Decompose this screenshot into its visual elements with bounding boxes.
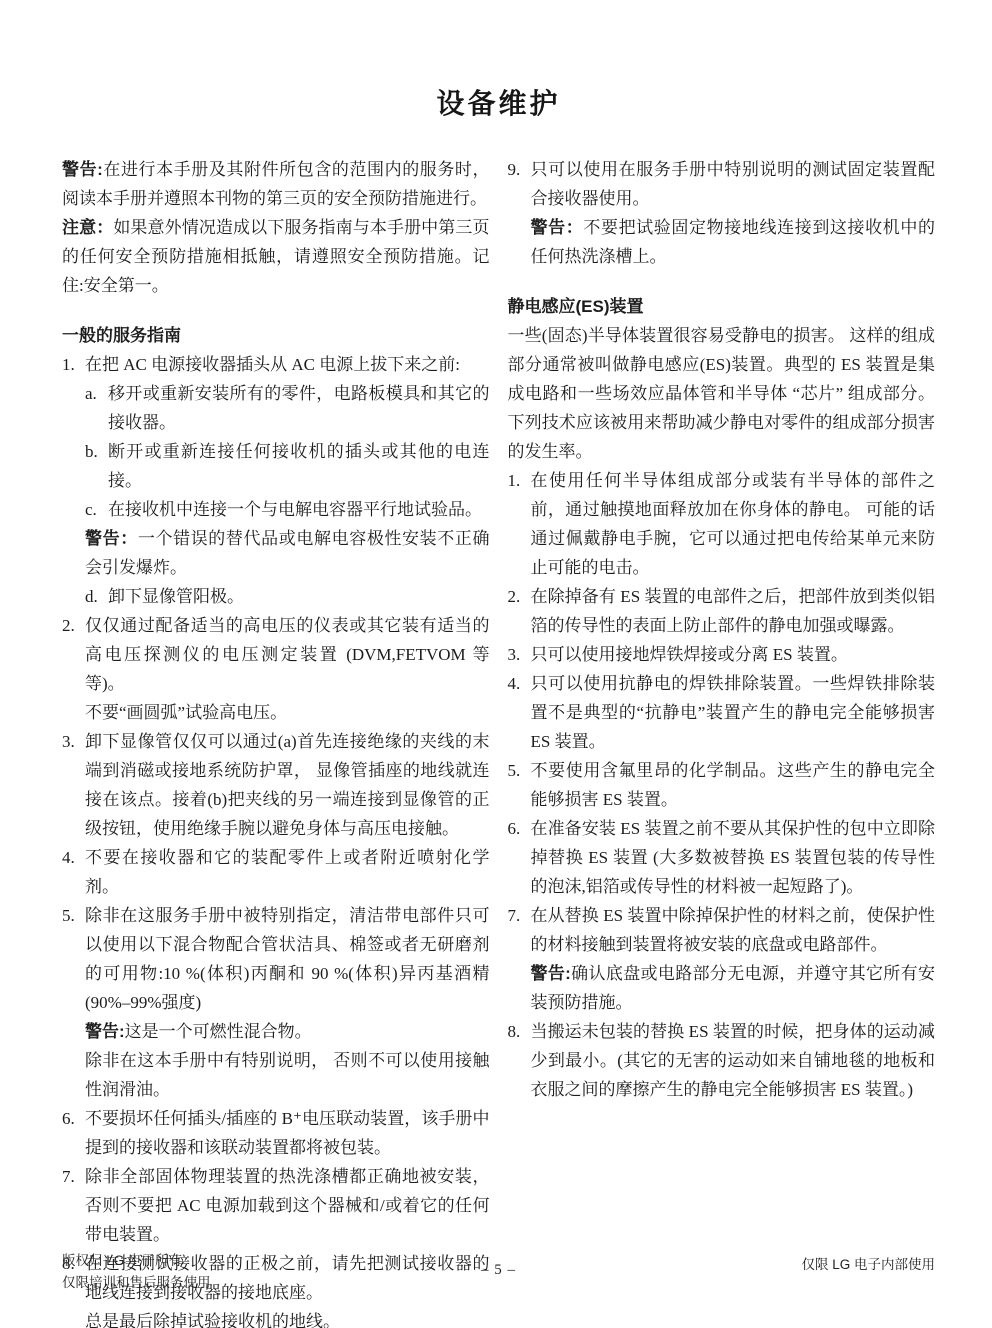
page-number: – 5 –: [481, 1259, 516, 1281]
item-marker: b.: [85, 437, 98, 466]
item-marker: 2.: [508, 582, 521, 611]
bold-label: 注意：: [62, 218, 113, 237]
two-column-body: 警告:在进行本手册及其附件所包含的范围内的服务时，阅读本手册并遵照本刊物的第三页…: [62, 155, 935, 1328]
text-run: 在把 AC 电源接收器插头从 AC 电源上拔下来之前:: [85, 355, 460, 374]
text-run: 当搬运未包装的替换 ES 装置的时候，把身体的运动减少到最小。(其它的无害的运动…: [531, 1022, 936, 1099]
bold-label: 警告：: [85, 529, 138, 548]
text-block: d.卸下显像管阳极。: [62, 582, 490, 611]
text-run: 卸下显像管阳极。: [108, 587, 244, 606]
text-block: 除非在这本手册中有特别说明， 否则不可以使用接触性润滑油。: [62, 1046, 490, 1104]
item-marker: a.: [85, 379, 97, 408]
text-block: 注意：如果意外情况造成以下服务指南与本手册中第三页的任何安全预防措施相抵触，请遵…: [62, 213, 490, 300]
text-block: 6.不要损坏任何插头/插座的 B⁺电压联动装置，该手册中提到的接收器和该联动装置…: [62, 1104, 490, 1162]
item-marker: 2.: [62, 611, 75, 640]
section-heading: 一般的服务指南: [62, 321, 490, 350]
item-marker: c.: [85, 495, 97, 524]
footer-internal-use: 仅限 LG 电子内部使用: [801, 1254, 935, 1276]
item-marker: 5.: [62, 901, 75, 930]
item-marker: 3.: [62, 727, 75, 756]
item-marker: 7.: [62, 1162, 75, 1191]
item-marker: d.: [85, 582, 98, 611]
text-run: 一个错误的替代品或电解电容极性安装不正确会引发爆炸。: [85, 529, 490, 577]
text-block: 2.仅仅通过配备适当的高电压的仪表或其它装有适当的高电压探测仪的电压测定装置 (…: [62, 611, 490, 698]
text-block: 警告：不要把试验固定物接地线连接到这接收机中的任何热洗涤槽上。: [508, 213, 936, 271]
text-run: 除非全部固体物理装置的热洗涤槽都正确地被安装，否则不要把 AC 电源加载到这个器…: [85, 1167, 490, 1244]
text-block: 警告:在进行本手册及其附件所包含的范围内的服务时，阅读本手册并遵照本刊物的第三页…: [62, 155, 490, 213]
page-footer: 版权归 LG 电子所有 仅限培训和售后服务使用 仅限 LG 电子内部使用 – 5…: [62, 1250, 935, 1294]
text-run: 这是一个可燃性混合物。: [125, 1022, 312, 1041]
text-block: 6.在准备安装 ES 装置之前不要从其保护性的包中立即除掉替换 ES 装置 (大…: [508, 814, 936, 901]
text-block: 7.在从替换 ES 装置中除掉保护性的材料之前，使保护性的材料接触到装置将被安装…: [508, 901, 936, 959]
text-run: 在接收机中连接一个与电解电容器平行地试验品。: [108, 500, 482, 519]
text-run: 卸下显像管仅仅可以通过(a)首先连接绝缘的夹线的末端到消磁或接地系统防护罩， 显…: [85, 732, 490, 838]
text-run: 总是最后除掉试验接收机的地线。: [85, 1312, 340, 1328]
text-block: 4.不要在接收器和它的装配零件上或者附近喷射化学剂。: [62, 843, 490, 901]
text-run: 一般的服务指南: [62, 326, 181, 345]
footer-copyright-line2: 仅限培训和售后服务使用: [62, 1272, 211, 1294]
text-run: 不要使用含氟里昂的化学制品。这些产生的静电完全能够损害 ES 装置。: [531, 761, 936, 809]
text-run: 确认底盘或电路部分无电源，并遵守其它所有安装预防措施。: [531, 964, 936, 1012]
text-run: 一些(固态)半导体装置很容易受静电的损害。 这样的组成部分通常被叫做静电感应(E…: [508, 326, 936, 461]
text-run: 不要损坏任何插头/插座的 B⁺电压联动装置，该手册中提到的接收器和该联动装置都将…: [85, 1109, 490, 1157]
item-marker: 3.: [508, 640, 521, 669]
item-marker: 6.: [62, 1104, 75, 1133]
item-marker: 8.: [508, 1017, 521, 1046]
text-block: 9.只可以使用在服务手册中特别说明的测试固定装置配合接收器使用。: [508, 155, 936, 213]
text-run: 在除掉备有 ES 装置的电部件之后，把部件放到类似铝箔的传导性的表面上防止部件的…: [531, 587, 936, 635]
text-block: 1.在使用任何半导体组成部分或装有半导体的部件之前，通过触摸地面释放加在你身体的…: [508, 466, 936, 582]
text-block: 3.只可以使用接地焊铁焊接或分离 ES 装置。: [508, 640, 936, 669]
text-block: 总是最后除掉试验接收机的地线。: [62, 1307, 490, 1328]
text-block: 3.卸下显像管仅仅可以通过(a)首先连接绝缘的夹线的末端到消磁或接地系统防护罩，…: [62, 727, 490, 843]
item-marker: 4.: [508, 669, 521, 698]
text-run: 在从替换 ES 装置中除掉保护性的材料之前，使保护性的材料接触到装置将被安装的底…: [531, 906, 936, 954]
text-run: 不要在接收器和它的装配零件上或者附近喷射化学剂。: [85, 848, 490, 896]
text-run: 如果意外情况造成以下服务指南与本手册中第三页的任何安全预防措施相抵触，请遵照安全…: [62, 218, 490, 295]
text-run: 在使用任何半导体组成部分或装有半导体的部件之前，通过触摸地面释放加在你身体的静电…: [531, 471, 936, 577]
item-marker: 9.: [508, 155, 521, 184]
item-marker: 7.: [508, 901, 521, 930]
text-block: b.断开或重新连接任何接收机的插头或其他的电连接。: [62, 437, 490, 495]
text-run: 只可以使用在服务手册中特别说明的测试固定装置配合接收器使用。: [531, 160, 936, 208]
text-run: 静电感应(ES)装置: [508, 297, 644, 316]
text-block: c.在接收机中连接一个与电解电容器平行地试验品。: [62, 495, 490, 524]
text-run: 只可以使用接地焊铁焊接或分离 ES 装置。: [531, 645, 848, 664]
document-page: 设备维护 警告:在进行本手册及其附件所包含的范围内的服务时，阅读本手册并遵照本刊…: [0, 0, 992, 1328]
text-block: 警告：一个错误的替代品或电解电容极性安装不正确会引发爆炸。: [62, 524, 490, 582]
text-block: 警告:确认底盘或电路部分无电源，并遵守其它所有安装预防措施。: [508, 959, 936, 1017]
text-block: 不要“画圆弧”试验高电压。: [62, 698, 490, 727]
item-marker: 1.: [508, 466, 521, 495]
right-column: 9.只可以使用在服务手册中特别说明的测试固定装置配合接收器使用。警告：不要把试验…: [508, 155, 936, 1328]
text-block: 7.除非全部固体物理装置的热洗涤槽都正确地被安装，否则不要把 AC 电源加载到这…: [62, 1162, 490, 1249]
text-block: 1.在把 AC 电源接收器插头从 AC 电源上拔下来之前:: [62, 350, 490, 379]
item-marker: 1.: [62, 350, 75, 379]
text-block: 警告:这是一个可燃性混合物。: [62, 1017, 490, 1046]
text-block: 一些(固态)半导体装置很容易受静电的损害。 这样的组成部分通常被叫做静电感应(E…: [508, 321, 936, 466]
text-block: 5.不要使用含氟里昂的化学制品。这些产生的静电完全能够损害 ES 装置。: [508, 756, 936, 814]
item-marker: 5.: [508, 756, 521, 785]
text-run: 不要“画圆弧”试验高电压。: [85, 703, 287, 722]
text-run: 仅仅通过配备适当的高电压的仪表或其它装有适当的高电压探测仪的电压测定装置 (DV…: [85, 616, 490, 693]
text-block: 4.只可以使用抗静电的焊铁排除装置。一些焊铁排除装置不是典型的“抗静电”装置产生…: [508, 669, 936, 756]
page-title: 设备维护: [62, 82, 935, 122]
item-marker: 4.: [62, 843, 75, 872]
bold-label: 警告:: [62, 160, 103, 179]
text-run: 在准备安装 ES 装置之前不要从其保护性的包中立即除掉替换 ES 装置 (大多数…: [531, 819, 936, 896]
bold-label: 警告：: [531, 218, 584, 237]
text-run: 除非在这本手册中有特别说明， 否则不可以使用接触性润滑油。: [85, 1051, 490, 1099]
text-run: 移开或重新安装所有的零件，电路板模具和其它的接收器。: [108, 384, 490, 432]
bold-label: 警告:: [85, 1022, 125, 1041]
footer-copyright: 版权归 LG 电子所有 仅限培训和售后服务使用: [62, 1250, 211, 1294]
text-run: 不要把试验固定物接地线连接到这接收机中的任何热洗涤槽上。: [531, 218, 936, 266]
text-run: 在进行本手册及其附件所包含的范围内的服务时，阅读本手册并遵照本刊物的第三页的安全…: [62, 160, 490, 208]
left-column: 警告:在进行本手册及其附件所包含的范围内的服务时，阅读本手册并遵照本刊物的第三页…: [62, 155, 490, 1328]
text-block: 8.当搬运未包装的替换 ES 装置的时候，把身体的运动减少到最小。(其它的无害的…: [508, 1017, 936, 1104]
text-run: 除非在这服务手册中被特别指定，清洁带电部件只可以使用以下混合物配合管状洁具、棉签…: [85, 906, 490, 1012]
bold-label: 警告:: [531, 964, 571, 983]
footer-copyright-line1: 版权归 LG 电子所有: [62, 1250, 211, 1272]
text-run: 只可以使用抗静电的焊铁排除装置。一些焊铁排除装置不是典型的“抗静电”装置产生的静…: [531, 674, 936, 751]
text-block: a.移开或重新安装所有的零件，电路板模具和其它的接收器。: [62, 379, 490, 437]
text-run: 断开或重新连接任何接收机的插头或其他的电连接。: [108, 442, 490, 490]
text-block: 5.除非在这服务手册中被特别指定，清洁带电部件只可以使用以下混合物配合管状洁具、…: [62, 901, 490, 1017]
section-heading: 静电感应(ES)装置: [508, 292, 936, 321]
text-block: 2.在除掉备有 ES 装置的电部件之后，把部件放到类似铝箔的传导性的表面上防止部…: [508, 582, 936, 640]
item-marker: 6.: [508, 814, 521, 843]
